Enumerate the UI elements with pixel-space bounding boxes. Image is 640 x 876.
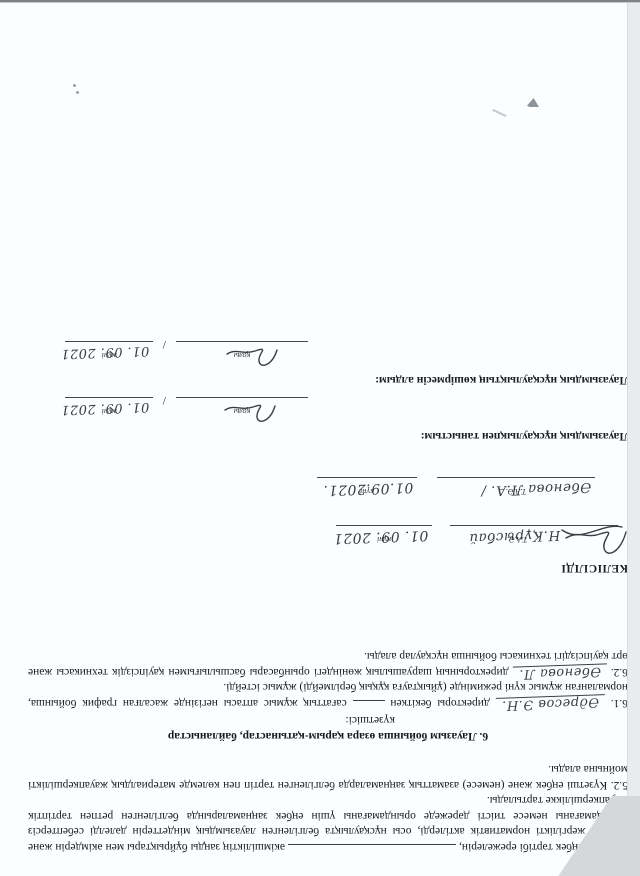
field-label: Т.А.Ә. xyxy=(507,535,527,544)
paragraph-6-1-number: 6.1. xyxy=(611,697,628,709)
scan-page: 5.1. Ішкі еңбек тәртібі ережелерін, әкім… xyxy=(0,0,640,876)
paragraph-6-1-mid: директоры бекіткен xyxy=(390,697,489,709)
agreed-signature-row-1: Н.Құрысбай Т.А.Ә. 01. 09. 2021 күні xyxy=(336,520,618,546)
handwritten-name: Әбенова Л.А. / xyxy=(481,479,592,499)
paragraph-6-2-number: 6.2. xyxy=(611,666,628,678)
date-field: 01. 09. 2021 күні xyxy=(65,397,153,418)
section-6-subheading: күзетшісі: xyxy=(28,712,628,728)
field-label: Т.А.Ә. xyxy=(506,487,526,496)
rotated-document: 5.1. Ішкі еңбек тәртібі ережелерін, әкім… xyxy=(0,0,640,876)
separator-slash: / xyxy=(157,338,172,352)
date-field: 01. 09. 2021 күні xyxy=(65,341,153,362)
speck-dot-2 xyxy=(76,91,79,94)
paragraph-5-2: 5.2. Күзетші еңбек және (немесе) азаматт… xyxy=(28,761,628,792)
field-label: қолы xyxy=(234,407,250,416)
field-label: күні xyxy=(102,407,116,416)
section-6-heading: 6. Лауазым бойынша өзара қарым-қатынаста… xyxy=(28,728,628,744)
handwritten-name-6-2: Әбенова Л. xyxy=(512,663,607,679)
separator-slash: / xyxy=(157,394,172,408)
acknowledged-heading: Лауазымдық нұсқаулықпен таныстым: xyxy=(421,430,628,442)
field-label: күні xyxy=(377,535,391,544)
field-label: қолы xyxy=(234,351,250,360)
paragraph-6-1: 6.1. Әдресов Э.Н. директоры бекіткен сағ… xyxy=(28,679,628,712)
paragraph-5-1: 5.1. Ішкі еңбек тәртібі ережелерін, әкім… xyxy=(28,792,628,856)
acknowledged-signature-row: қолы / 01. 09. 2021 күні xyxy=(65,392,308,418)
document-text-block: 5.1. Ішкі еңбек тәртібі ережелерін, әкім… xyxy=(28,648,628,856)
blank-line xyxy=(288,844,456,856)
scan-top-edge xyxy=(0,0,640,3)
paragraph-6-2: 6.2. Әбенова Л. директорының шаруашылық … xyxy=(28,648,628,679)
field-label: күні xyxy=(360,487,374,496)
signature-stroke-icon xyxy=(224,342,280,370)
signature-field: қолы xyxy=(176,397,308,418)
scan-right-edge xyxy=(627,3,640,876)
name-field: Н.Құрысбай Т.А.Ә. xyxy=(450,525,618,546)
name-field: Әбенова Л.А. / Т.А.Ә. xyxy=(437,477,595,498)
agreed-heading: КЕЛІСІЛДІ xyxy=(561,562,628,574)
date-field: 01.09.2021. күні xyxy=(317,477,417,498)
speck-dot-1 xyxy=(73,84,76,87)
date-field: 01. 09. 2021 күні xyxy=(336,525,432,546)
signature-field: қолы xyxy=(176,341,308,362)
handwritten-name-6-1: Әдресов Э.Н. xyxy=(495,694,605,711)
copy-received-heading: Лауазымдық нұсқаулықтың көшірмесін алдым… xyxy=(375,374,628,386)
agreed-signature-row-2: Әбенова Л.А. / Т.А.Ә. 01.09.2021. күні xyxy=(317,472,595,498)
field-label: күні xyxy=(102,351,116,360)
copy-received-signature-row: қолы / 01. 09. 2021 күні xyxy=(65,336,308,362)
blank-line xyxy=(353,700,385,712)
